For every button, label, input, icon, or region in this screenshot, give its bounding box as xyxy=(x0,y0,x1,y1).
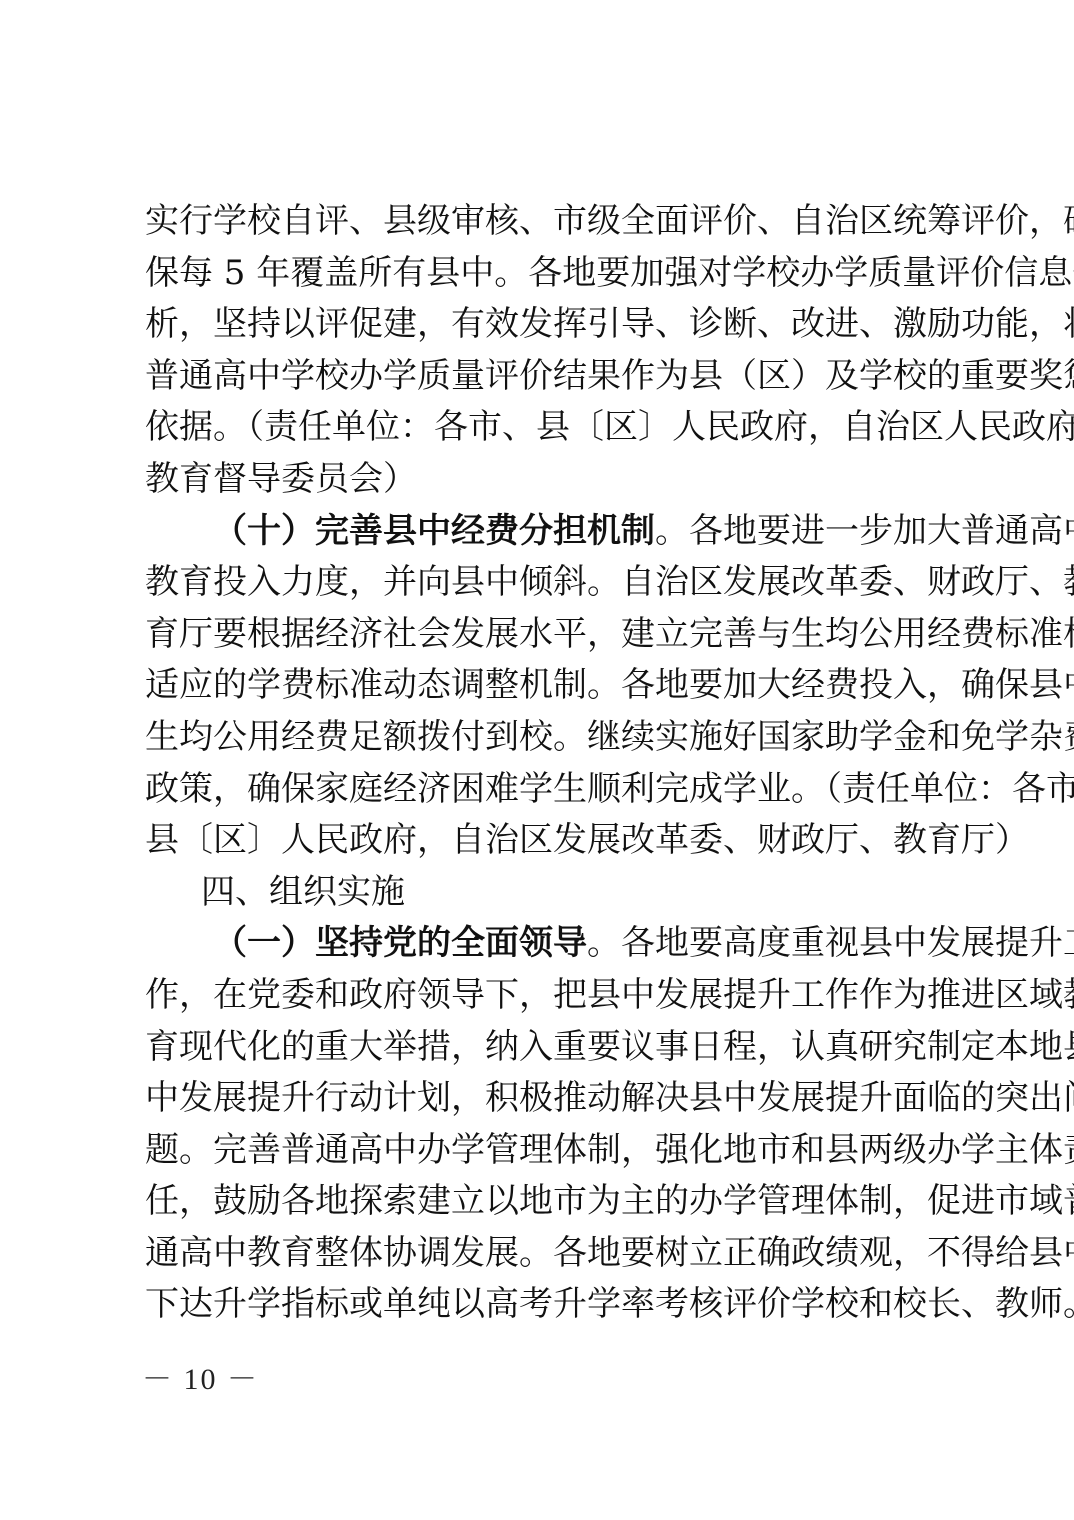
paragraph-line: 作，在党委和政府领导下，把县中发展提升工作作为推进区域教 xyxy=(145,970,945,1022)
paragraph-line: 依据。（责任单位：各市、县〔区〕人民政府，自治区人民政府 xyxy=(145,402,945,454)
section-4-1-title: （一）坚持党的全面领导 xyxy=(213,923,587,963)
paragraph-line: 生均公用经费足额拨付到校。继续实施好国家助学金和免学杂费 xyxy=(145,712,945,764)
paragraph-line: 任，鼓励各地探索建立以地市为主的办学管理体制，促进市域普 xyxy=(145,1176,945,1228)
section-4-1-first-line-text: 。各地要高度重视县中发展提升工 xyxy=(587,923,1074,963)
paragraph-line: 普通高中学校办学质量评价结果作为县（区）及学校的重要奖惩 xyxy=(145,351,945,403)
paragraph-line: 中发展提升行动计划，积极推动解决县中发展提升面临的突出问 xyxy=(145,1073,945,1125)
paragraph-line: 适应的学费标准动态调整机制。各地要加大经费投入，确保县中 xyxy=(145,660,945,712)
page-number: － 10 － xyxy=(142,1354,259,1398)
paragraph-line: 实行学校自评、县级审核、市级全面评价、自治区统筹评价，确 xyxy=(145,196,945,248)
paragraph-line: 保每 5 年覆盖所有县中。各地要加强对学校办学质量评价信息分 xyxy=(145,248,945,300)
section-10-first-line-text: 。各地要进一步加大普通高中 xyxy=(655,511,1074,551)
document-page: 实行学校自评、县级审核、市级全面评价、自治区统筹评价，确 保每 5 年覆盖所有县… xyxy=(0,0,1074,1520)
section-10-first-line: （十）完善县中经费分担机制。各地要进一步加大普通高中 xyxy=(145,506,945,558)
section-4-1-first-line: （一）坚持党的全面领导。各地要高度重视县中发展提升工 xyxy=(145,918,945,970)
section-10-title: （十）完善县中经费分担机制 xyxy=(213,511,655,551)
paragraph-line: 下达升学指标或单纯以高考升学率考核评价学校和校长、教师。 xyxy=(145,1279,945,1331)
paragraph-line: 题。完善普通高中办学管理体制，强化地市和县两级办学主体责 xyxy=(145,1125,945,1177)
paragraph-line: 育现代化的重大举措，纳入重要议事日程，认真研究制定本地县 xyxy=(145,1022,945,1074)
paragraph-line: 析，坚持以评促建，有效发挥引导、诊断、改进、激励功能，将 xyxy=(145,299,945,351)
paragraph-line: 育厅要根据经济社会发展水平，建立完善与生均公用经费标准相 xyxy=(145,609,945,661)
section-heading: 四、组织实施 xyxy=(145,867,945,919)
paragraph-line: 通高中教育整体协调发展。各地要树立正确政绩观，不得给县中 xyxy=(145,1228,945,1280)
paragraph-line: 政策，确保家庭经济困难学生顺利完成学业。（责任单位：各市、 xyxy=(145,764,945,816)
body-text: 实行学校自评、县级审核、市级全面评价、自治区统筹评价，确 保每 5 年覆盖所有县… xyxy=(145,196,945,1331)
paragraph-line: 县〔区〕人民政府，自治区发展改革委、财政厅、教育厅） xyxy=(145,815,945,867)
paragraph-line: 教育督导委员会） xyxy=(145,454,945,506)
paragraph-line: 教育投入力度，并向县中倾斜。自治区发展改革委、财政厅、教 xyxy=(145,557,945,609)
